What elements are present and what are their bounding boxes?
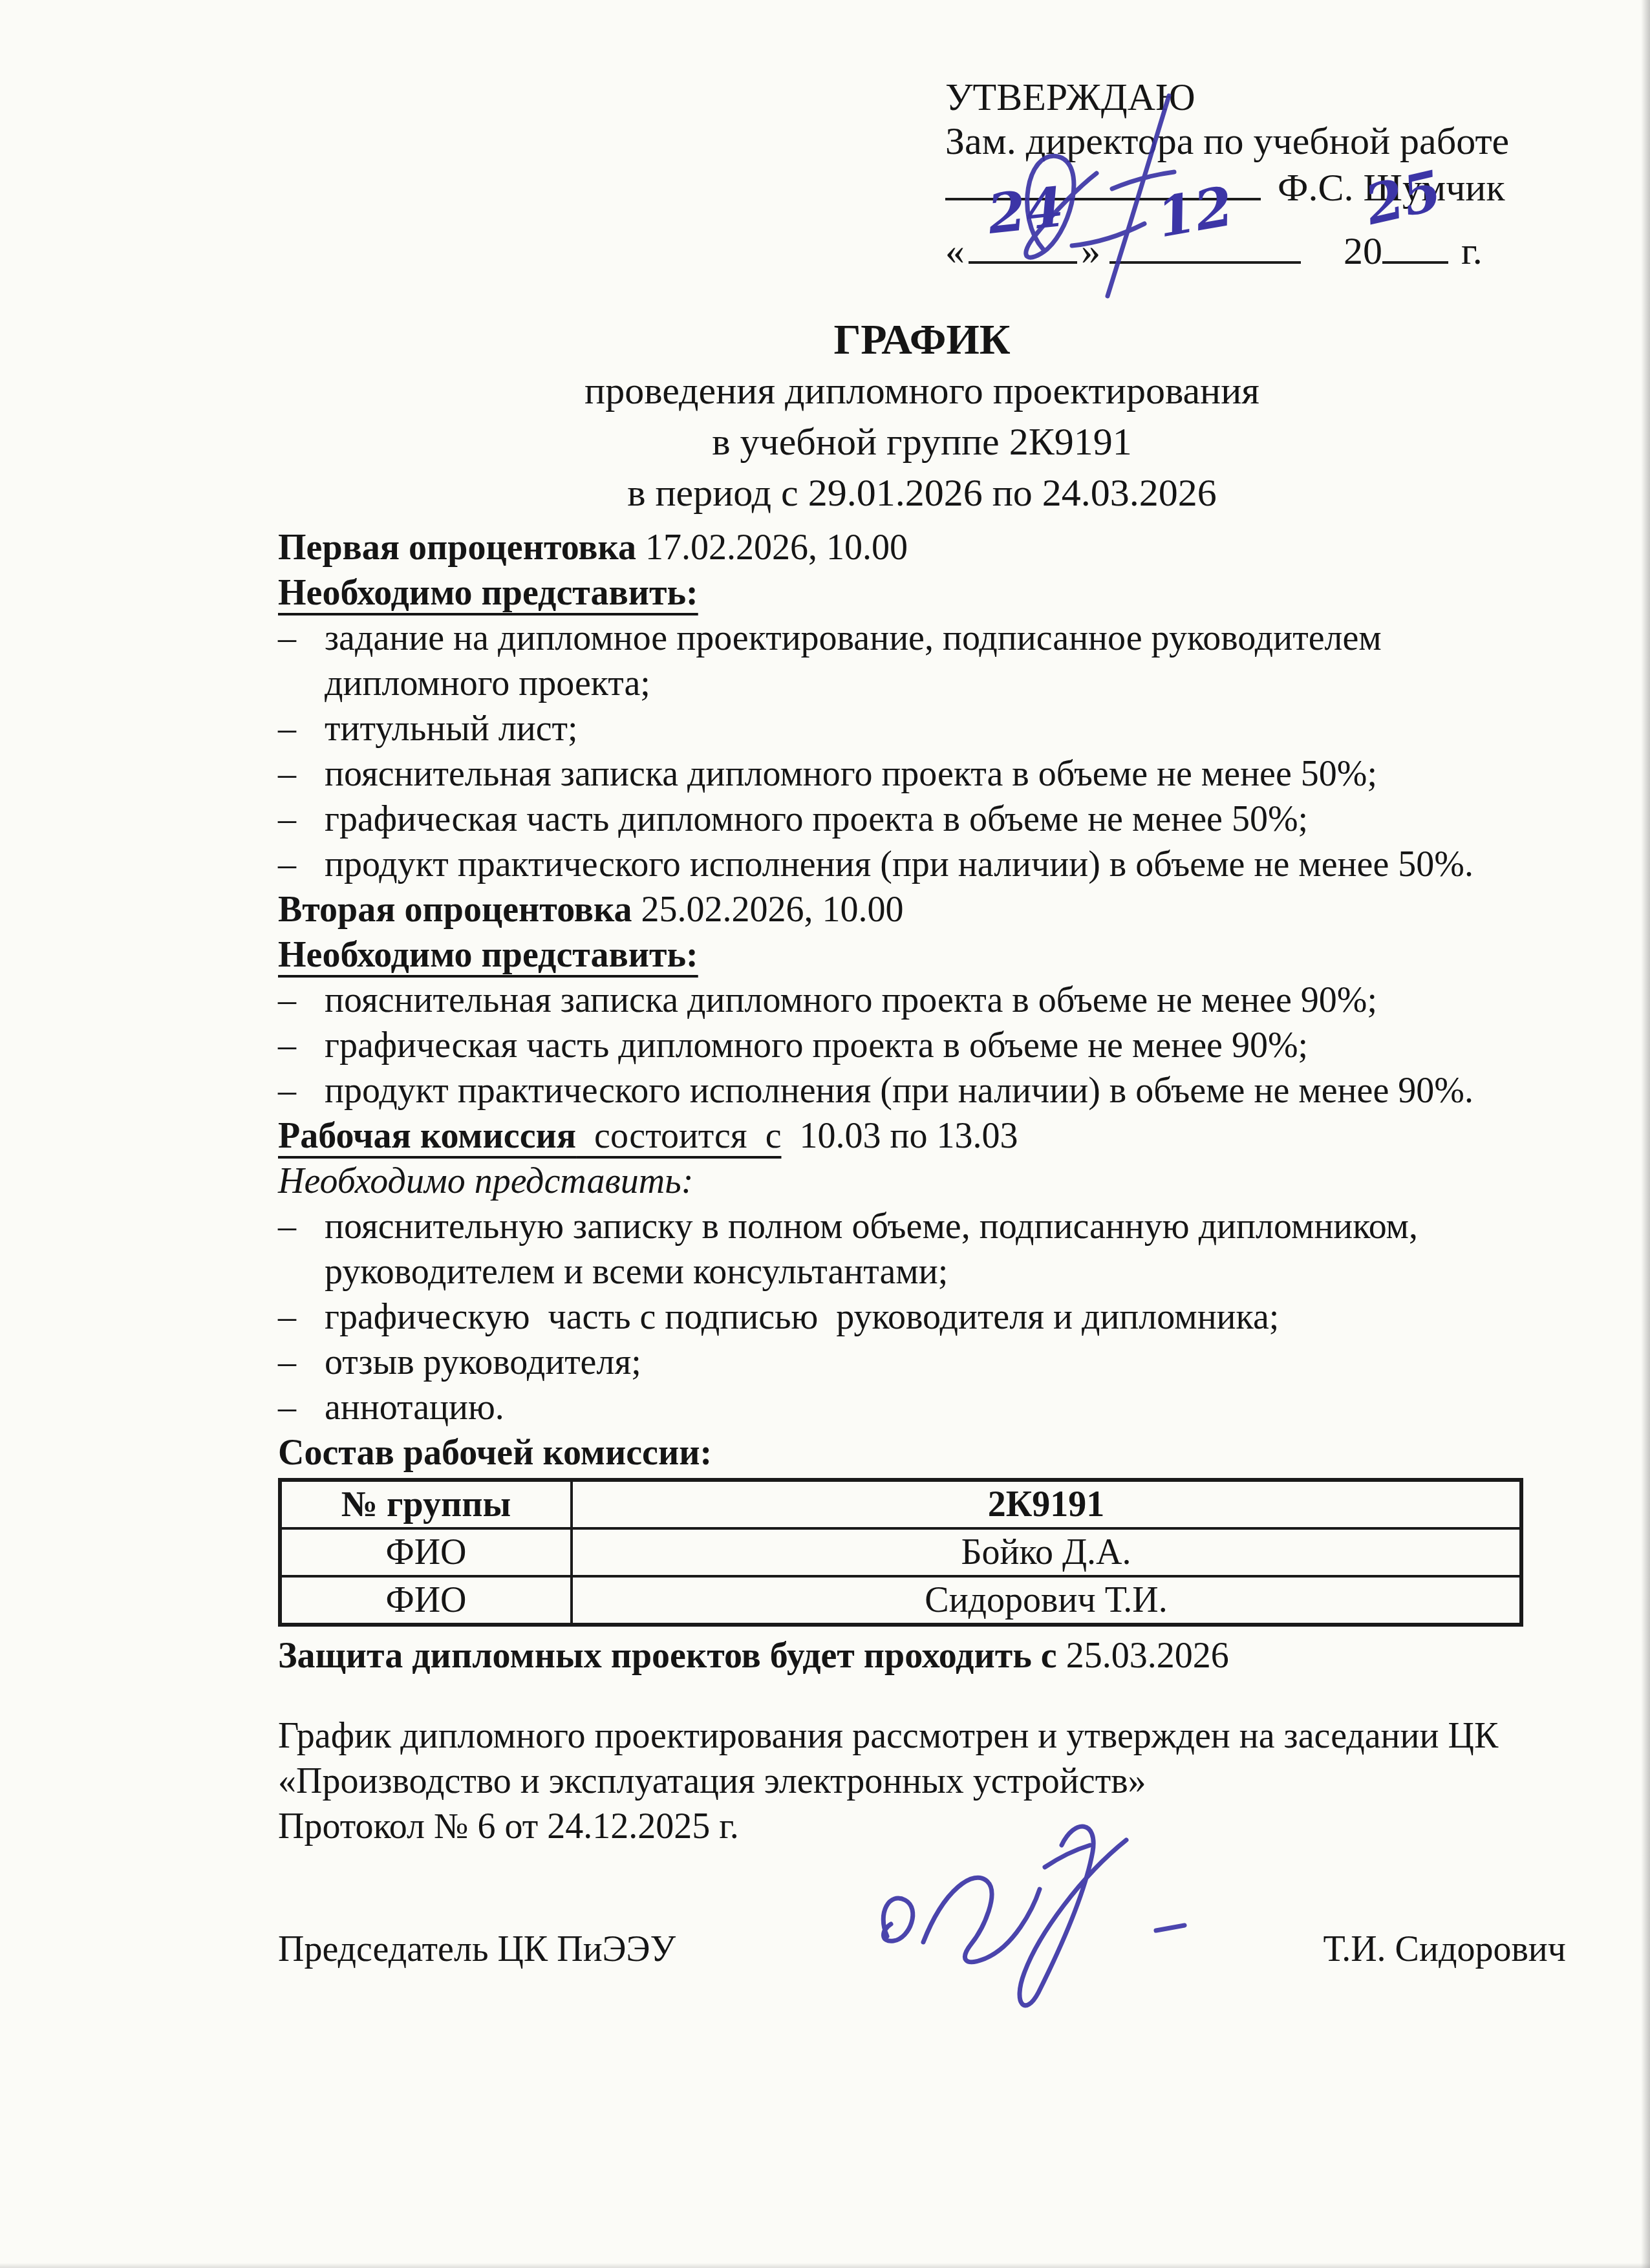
list-item-line: графическая часть дипломного проекта в о…	[325, 797, 1566, 842]
section1-subheading: Необходимо представить:	[278, 570, 1566, 615]
approval-heading: УТВЕРЖДАЮ	[945, 75, 1509, 119]
fio-label-cell: ФИО	[280, 1576, 572, 1625]
defense-line: Защита дипломных проектов будет проходит…	[278, 1633, 1566, 1678]
list-item: – задание на дипломное проектирование, п…	[278, 615, 1566, 706]
table-row: ФИО Бойко Д.А.	[280, 1528, 1521, 1576]
section1-heading: Первая опроцентовка 17.02.2026, 10.00	[278, 525, 1566, 570]
list-item: – аннотацию.	[278, 1385, 1566, 1430]
list-item: – графическая часть дипломного проекта в…	[278, 1023, 1566, 1068]
section3-heading: Рабочая комиссия состоится с 10.03 по 13…	[278, 1113, 1566, 1159]
list-item: – пояснительную записку в полном объеме,…	[278, 1204, 1566, 1294]
section1-heading-date: 17.02.2026, 10.00	[636, 528, 908, 568]
list-item-line: пояснительная записка дипломного проекта…	[325, 978, 1566, 1023]
chairman-label: Председатель ЦК ПиЭЭУ	[278, 1927, 676, 1972]
doc-subtitle-2: в учебной группе 2К9191	[278, 416, 1566, 467]
list-item: – графическая часть дипломного проекта в…	[278, 797, 1566, 842]
list-item-line: пояснительная записка дипломного проекта…	[325, 751, 1566, 797]
list-item-line: задание на дипломное проектирование, под…	[325, 615, 1566, 661]
list-item-line: отзыв руководителя;	[325, 1340, 1566, 1385]
approval-role: Зам. директора по учебной работе	[945, 119, 1509, 163]
section2-subheading: Необходимо представить:	[278, 932, 1566, 978]
dash-marker: –	[278, 706, 325, 751]
table-header-row: № группы 2К9191	[280, 1480, 1521, 1528]
group-number-header-cell: № группы	[280, 1480, 572, 1528]
chairman-name: Т.И. Сидорович	[1323, 1927, 1566, 1972]
section3-subheading: Необходимо представить:	[278, 1159, 1566, 1204]
day-blank-line: 24	[969, 226, 1077, 264]
section3-heading-bold: Рабочая комиссия	[278, 1116, 576, 1156]
list-item-line: аннотацию.	[325, 1385, 1566, 1430]
dash-marker: –	[278, 1385, 325, 1430]
section2-heading: Вторая опроцентовка 25.02.2026, 10.00	[278, 887, 1566, 932]
list-item-line: графическую часть с подписью руководител…	[325, 1294, 1566, 1340]
scan-edge-shadow-bottom	[0, 2263, 1650, 2268]
list-item: – пояснительная записка дипломного проек…	[278, 751, 1566, 797]
dash-marker: –	[278, 978, 325, 1023]
month-blank-line: 12	[1109, 226, 1301, 264]
list-item-line: руководителем и всеми консультантами;	[325, 1249, 1566, 1294]
closing-paragraph: График дипломного проектирования рассмот…	[278, 1713, 1566, 1849]
list-item-line: продукт практического исполнения (при на…	[325, 1068, 1566, 1113]
handwritten-day: 24	[986, 185, 1066, 237]
document-body: Первая опроцентовка 17.02.2026, 10.00 Не…	[278, 525, 1566, 1972]
section3-heading-dates: 10.03 по 13.03	[781, 1116, 1018, 1156]
doc-title: ГРАФИК	[278, 314, 1566, 365]
fio-value-cell: Сидорович Т.И.	[572, 1576, 1521, 1625]
approval-date-row: «24»122025г.	[945, 226, 1509, 273]
list-item-line: дипломного проекта;	[325, 661, 1566, 706]
dash-marker: –	[278, 1204, 325, 1249]
defense-bold: Защита дипломных проектов будет проходит…	[278, 1636, 1057, 1676]
list-item: – титульный лист;	[278, 706, 1566, 751]
list-item: – отзыв руководителя;	[278, 1340, 1566, 1385]
table-row: ФИО Сидорович Т.И.	[280, 1576, 1521, 1625]
dash-marker: –	[278, 1023, 325, 1068]
doc-subtitle-3: в период с 29.01.2026 по 24.03.2026	[278, 467, 1566, 519]
handwritten-year: 25	[1362, 168, 1445, 228]
section1-heading-bold: Первая опроцентовка	[278, 528, 636, 568]
list-item-line: титульный лист;	[325, 706, 1566, 751]
doc-subtitle-1: проведения дипломного проектирования	[278, 365, 1566, 416]
chairman-row: Председатель ЦК ПиЭЭУ Т.И. Сидорович	[278, 1927, 1566, 1972]
closing-line-1: График дипломного проектирования рассмот…	[278, 1713, 1566, 1759]
title-block: ГРАФИК проведения дипломного проектирова…	[278, 314, 1566, 519]
commission-heading: Состав рабочей комиссии:	[278, 1430, 1566, 1475]
fio-label-cell: ФИО	[280, 1528, 572, 1576]
year-suffix: г.	[1461, 230, 1483, 272]
section2-heading-date: 25.02.2026, 10.00	[632, 890, 903, 930]
section2-heading-bold: Вторая опроцентовка	[278, 890, 632, 930]
dash-marker: –	[278, 1340, 325, 1385]
scan-edge-shadow-right	[1641, 0, 1650, 2268]
list-item: – продукт практического исполнения (при …	[278, 1068, 1566, 1113]
dash-marker: –	[278, 751, 325, 797]
section3-heading-underlined: состоится с	[576, 1116, 781, 1156]
list-item-line: пояснительную записку в полном объеме, п…	[325, 1204, 1566, 1249]
year-blank-line: 25	[1382, 226, 1448, 264]
scanned-document-page: УТВЕРЖДАЮ Зам. директора по учебной рабо…	[0, 0, 1650, 2268]
dash-marker: –	[278, 797, 325, 842]
approval-block: УТВЕРЖДАЮ Зам. директора по учебной рабо…	[945, 75, 1509, 273]
list-item: – пояснительная записка дипломного проек…	[278, 978, 1566, 1023]
fio-value-cell: Бойко Д.А.	[572, 1528, 1521, 1576]
dash-marker: –	[278, 1294, 325, 1340]
dash-marker: –	[278, 615, 325, 661]
list-item-line: продукт практического исполнения (при на…	[325, 842, 1566, 887]
handwritten-month: 12	[1154, 184, 1236, 240]
group-number-value-cell: 2К9191	[572, 1480, 1521, 1528]
closing-line-2: «Производство и эксплуатация электронных…	[278, 1759, 1566, 1804]
closing-line-3: Протокол № 6 от 24.12.2025 г.	[278, 1804, 1566, 1849]
list-item: – графическую часть с подписью руководит…	[278, 1294, 1566, 1340]
list-item: – продукт практического исполнения (при …	[278, 842, 1566, 887]
commission-table: № группы 2К9191 ФИО Бойко Д.А. ФИО Сидор…	[278, 1478, 1523, 1627]
dash-marker: –	[278, 1068, 325, 1113]
list-item-line: графическая часть дипломного проекта в о…	[325, 1023, 1566, 1068]
dash-marker: –	[278, 842, 325, 887]
close-quote: »	[1081, 230, 1100, 272]
open-quote: «	[945, 230, 965, 272]
defense-date: 25.03.2026	[1057, 1636, 1229, 1676]
